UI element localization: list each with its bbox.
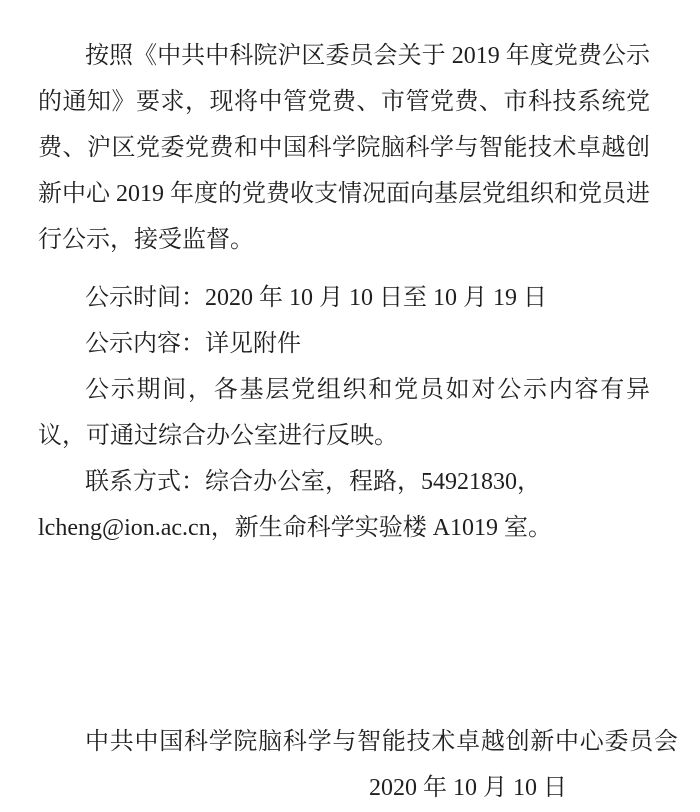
body-line-9: 议，可通过综合办公室进行反映。 [38,413,650,459]
notice-document: 按照《中共中科院沪区委员会关于 2019 年度党费公示 的通知》要求，现将中管党… [0,0,700,812]
signature-date: 2020 年 10 月 10 日 [369,765,567,811]
publicity-content-line: 公示内容：详见附件 [38,321,650,367]
notice-body: 按照《中共中科院沪区委员会关于 2019 年度党费公示 的通知》要求，现将中管党… [38,33,650,551]
contact-email-line: lcheng@ion.ac.cn，新生命科学实验楼 A1019 室。 [38,505,650,551]
body-line-5: 行公示，接受监督。 [38,217,650,263]
body-line-4: 新中心 2019 年度的党费收支情况面向基层党组织和党员进 [38,171,650,217]
contact-line: 联系方式：综合办公室，程路，54921830， [38,459,650,505]
body-line-2: 的通知》要求，现将中管党费、市管党费、市科技系统党 [38,79,650,125]
publicity-time-line: 公示时间：2020 年 10 月 10 日至 10 月 19 日 [38,275,650,321]
body-line-3: 费、沪区党委党费和中国科学院脑科学与智能技术卓越创 [38,125,650,171]
signature-committee: 中共中国科学院脑科学与智能技术卓越创新中心委员会 [85,719,678,765]
body-line-8: 公示期间，各基层党组织和党员如对公示内容有异 [38,367,650,413]
body-line-1: 按照《中共中科院沪区委员会关于 2019 年度党费公示 [38,33,650,79]
